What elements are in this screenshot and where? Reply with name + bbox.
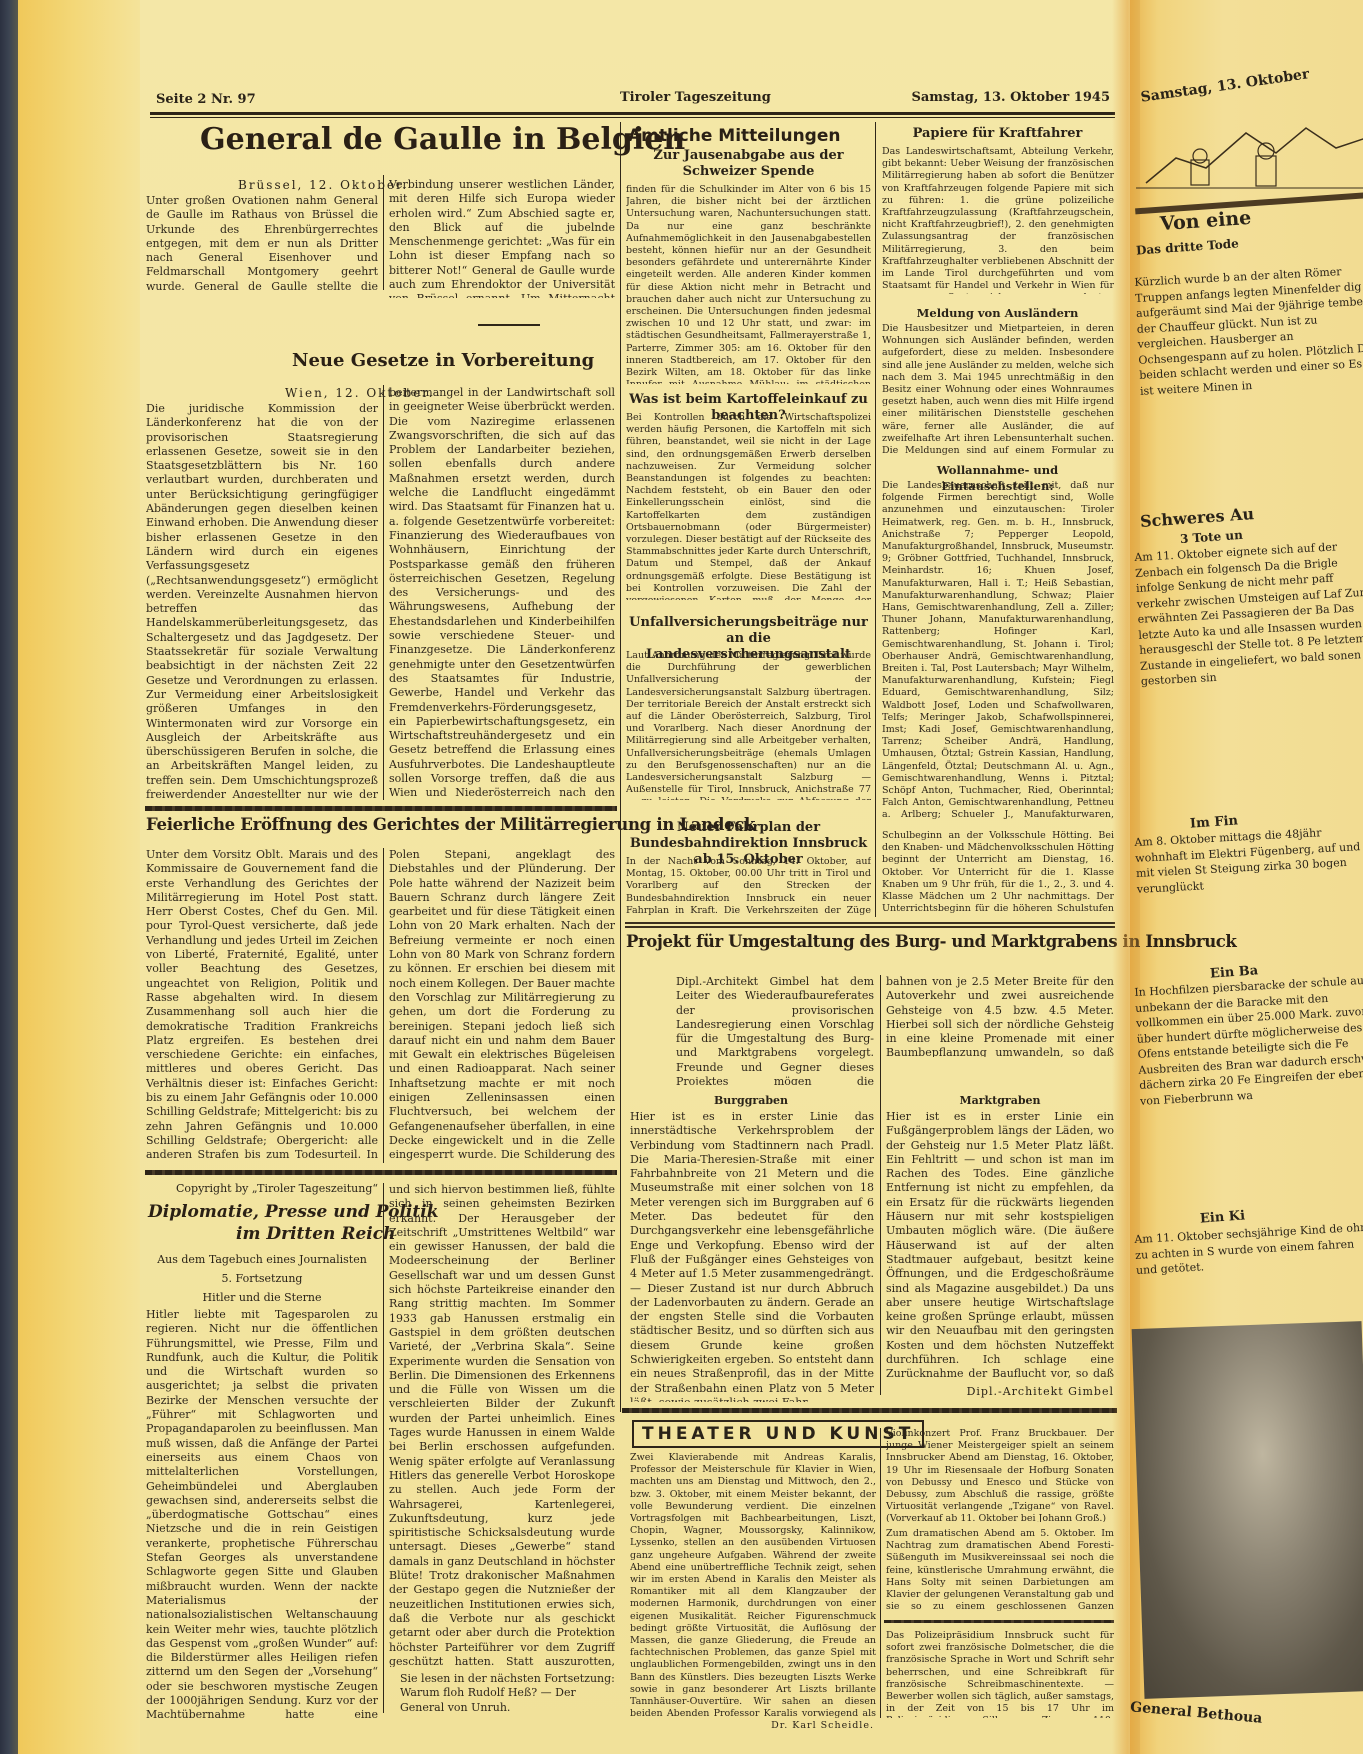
subhead-marktgraben: Marktgraben <box>886 1093 1114 1109</box>
issue-date: Samstag, 13. Oktober 1945 <box>911 90 1110 105</box>
next-installment-teaser: Sie lesen in der nächsten Fortsetzung: W… <box>400 1672 615 1716</box>
adjacent-headline-2: Schweres Au <box>1139 504 1254 531</box>
page-gutter <box>18 0 140 1754</box>
column-divider <box>620 122 621 1412</box>
column-divider <box>383 385 384 800</box>
article-body-gesetze-col2: beitermangel in der Landwirtschaft soll … <box>389 386 615 798</box>
headline-neue-gesetze: Neue Gesetze in Vorbereitung <box>292 350 594 371</box>
article-body-unfallversicherung: Laut Anordnung der Militärregierung Tiro… <box>626 650 871 800</box>
article-body-auslaender: Die Hausbesitzer und Mietparteien, in de… <box>882 323 1114 455</box>
article-body-fahrplan: In der Nacht vom Sonntag, 14. Oktober, a… <box>626 856 871 916</box>
page-number: Seite 2 Nr. 97 <box>156 92 256 107</box>
article-body-schulbeginn: Schulbeginn an der Volksschule Hötting. … <box>882 830 1114 916</box>
section-rule <box>884 1620 1114 1623</box>
article-body-gesetze-col1: Die juridische Kommission der Länderkonf… <box>146 402 378 798</box>
article-body-kartoffeleinkauf: Bei Kontrollen durch die Wirtschaftspoli… <box>626 412 871 600</box>
article-body-gericht-col2: Polen Stepani, angeklagt des Diebstahles… <box>389 848 615 1163</box>
series-subtitle: Aus dem Tagebuch eines Journalisten <box>146 1252 378 1268</box>
article-body-de-gaulle-col1: Unter großen Ovationen nahm General de G… <box>146 194 378 294</box>
dateline-brussels: Brüssel, 12. Oktober. <box>238 178 408 192</box>
article-body-gericht-col1: Unter dem Vorsitz Oblt. Marais und des K… <box>146 848 378 1163</box>
section-title-theater: THEATER UND KUNST <box>632 1420 924 1448</box>
headline-jausenabgabe: Zur Jausenabgabe aus der Schweizer Spend… <box>626 148 871 180</box>
adjacent-subhead-2: 3 Tote un <box>1180 528 1244 546</box>
signature-scheidle: Dr. Karl Scheidle. <box>630 1720 874 1731</box>
article-body-marktgraben: Hier ist es in erster Linie ein Fußgänge… <box>886 1110 1114 1382</box>
installment-label: 5. Fortsetzung <box>146 1271 378 1287</box>
article-body-projekt-col2: bahnen von je 2.5 Meter Breite für den A… <box>886 975 1114 1057</box>
column-divider <box>880 1428 881 1718</box>
section-rule <box>625 922 1115 928</box>
newspaper-title: Tiroler Tageszeitung <box>620 90 771 105</box>
headline-de-gaulle: General de Gaulle in Belgien <box>200 122 685 157</box>
adjacent-text-5: Am 11. Oktober sechsjährige Kind de ohne… <box>1134 1219 1363 1311</box>
article-body-dramatischer-abend: Zum dramatischen Abend am 5. Oktober. Im… <box>886 1528 1114 1612</box>
column-divider <box>880 975 881 1395</box>
subhead-burggraben: Burggraben <box>626 1093 876 1109</box>
book-binding-edge <box>0 0 18 1754</box>
column-divider <box>875 122 876 917</box>
article-body-burggraben: Hier ist es in erster Linie das innerstä… <box>630 1110 874 1402</box>
adjacent-text-2: Am 11. Oktober eignete sich auf der Zenb… <box>1134 537 1363 799</box>
section-rule <box>145 1170 617 1175</box>
headline-diplomatie-line2: im Dritten Reich <box>236 1224 395 1244</box>
headline-auslaender: Meldung von Ausländern <box>880 305 1115 321</box>
column-divider <box>383 848 384 1163</box>
adjacent-text-4: In Hochfilzen piersbaracke der schule au… <box>1134 972 1363 1189</box>
article-body-karalis: Zwei Klavierabende mit Andreas Karalis, … <box>630 1452 876 1720</box>
masthead: Seite 2 Nr. 97 Tiroler Tageszeitung Sams… <box>150 88 1110 112</box>
section-title-amtliche: Amtliche Mitteilungen <box>628 126 840 146</box>
column-divider <box>383 175 384 290</box>
signature-gimbel: Dipl.-Architekt Gimbel <box>886 1385 1114 1398</box>
mountain-illustration-icon <box>1136 118 1363 198</box>
general-portrait-photo <box>1132 1321 1363 1699</box>
adjacent-headline-5: Ein Ki <box>1200 1208 1246 1226</box>
section-rule <box>622 1408 1117 1413</box>
article-body-bruckbauer: Violinkonzert Prof. Franz Bruckbauer. De… <box>886 1428 1114 1522</box>
article-body-jausenabgabe: finden für die Schulkinder im Alter von … <box>626 184 871 384</box>
section-title-hitler-sterne: Hitler und die Sterne <box>146 1290 378 1306</box>
adjacent-page-date: Samstag, 13. Oktober <box>1140 66 1311 105</box>
article-body-diplomatie-col2: und sich hiervon bestimmen ließ, fühlte … <box>389 1183 615 1667</box>
adjacent-text-1: Kürzlich wurde b an der alten Römer Trup… <box>1134 262 1363 469</box>
article-body-wollannahme: Die Landesbauernschaft teilt mit, daß nu… <box>882 480 1114 822</box>
section-rule <box>145 806 617 811</box>
article-body-diplomatie-col1: Hitler liebte mit Tagesparolen zu regier… <box>146 1308 378 1718</box>
masthead-rule <box>150 112 1115 118</box>
article-body-projekt-intro: Dipl.-Architekt Gimbel hat dem Leiter de… <box>676 975 874 1085</box>
article-body-kraftfahrer: Das Landeswirtschaftsamt, Abteilung Verk… <box>882 146 1114 294</box>
article-separator <box>478 324 540 326</box>
article-body-de-gaulle-col2: Verbindung unserer westlichen Länder, mi… <box>389 178 615 298</box>
column-divider <box>383 1183 384 1713</box>
headline-kraftfahrer: Papiere für Kraftfahrer <box>880 126 1115 142</box>
copyright-notice: Copyright by „Tiroler Tageszeitung“ <box>150 1182 378 1195</box>
article-body-polizeipraesidium: Das Polizeipräsidium Innsbruck sucht für… <box>886 1630 1114 1718</box>
adjacent-subhead-1: Das dritte Tode <box>1136 236 1240 257</box>
adjacent-text-3: Am 8. Oktober mittags die 48jähr wohnhaf… <box>1134 822 1363 949</box>
